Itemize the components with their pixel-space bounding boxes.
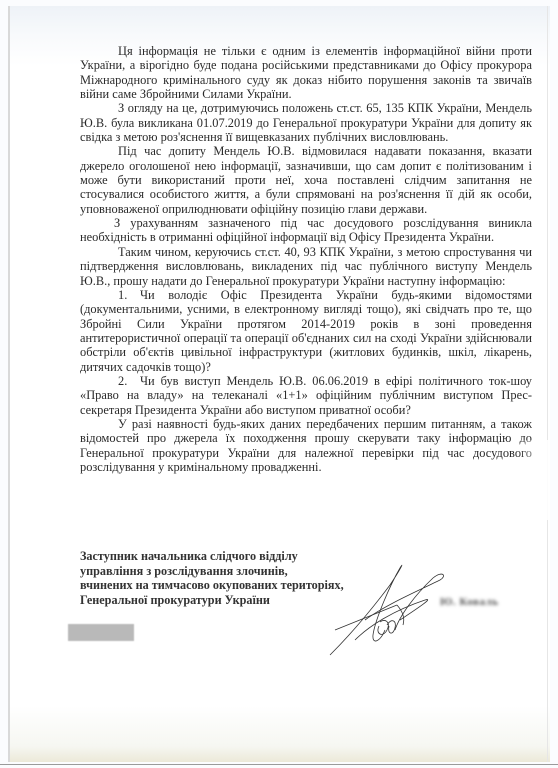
question-text: Чи був виступ Мендель Ю.В. 06.06.2019 в … <box>80 374 532 417</box>
scan-fade <box>518 440 548 520</box>
signer-name: Ю. Коваль <box>440 596 499 608</box>
questions-list: 1.Чи володіє Офіс Президента України буд… <box>80 288 532 417</box>
question-item: 2.Чи був виступ Мендель Ю.В. 06.06.2019 … <box>80 374 532 417</box>
paragraph-1: Ця інформація не тільки є одним із елеме… <box>80 44 532 101</box>
question-number: 1. <box>118 288 140 302</box>
letter-body: Ця інформація не тільки є одним із елеме… <box>80 44 532 474</box>
question-number: 2. <box>118 374 140 388</box>
question-item: 1.Чи володіє Офіс Президента України буд… <box>80 288 532 374</box>
paragraph-3: Під час допиту Мендель Ю.В. відмовилася … <box>80 144 532 216</box>
question-text: Чи володіє Офіс Президента України будь-… <box>80 288 532 374</box>
redaction-box <box>68 624 134 641</box>
page-edge <box>547 6 548 762</box>
scan-border <box>0 764 558 765</box>
paragraph-2: З огляду на це, дотримуючись положень ст… <box>80 101 532 144</box>
paragraph-5: Таким чином, керуючись ст.ст. 40, 93 КПК… <box>80 245 532 288</box>
closing-paragraph: У разі наявності будь-яких даних передба… <box>80 417 532 474</box>
paragraph-4: З урахуванням зазначеного під час досудо… <box>80 216 532 245</box>
